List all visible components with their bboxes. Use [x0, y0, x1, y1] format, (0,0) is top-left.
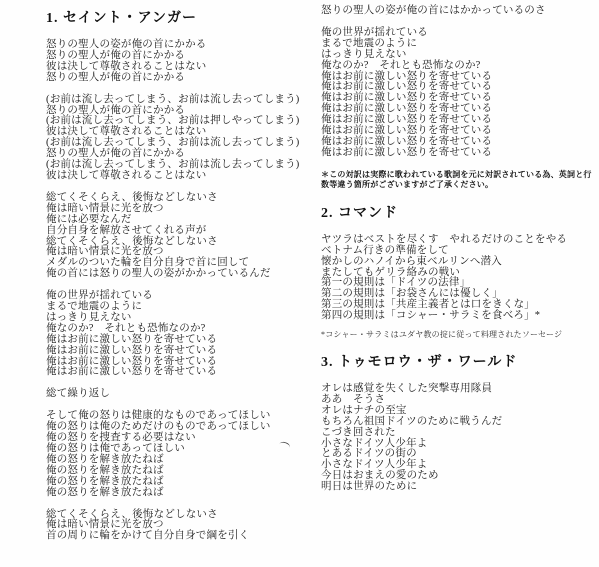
- lyric-stanza: 俺の世界が揺れているまるで地震のようにはっきり見えない俺なのか? それとも恐怖な…: [46, 291, 308, 378]
- lyric-line: 怒りの聖人が俺の首にかかる: [46, 73, 308, 84]
- lyric-line: 総て繰り返し: [46, 389, 308, 400]
- lyric-line: 俺の怒りを解き放たねば: [46, 477, 308, 488]
- lyric-line: 第四の規則は「コシャー・サラミを食べろ」*: [321, 311, 593, 322]
- lyric-line: 俺には必要なんだ: [46, 215, 308, 226]
- kosher-salami-footnote: *コシャー・サラミはユダヤ教の掟に従って料理されたソーセージ: [321, 330, 593, 340]
- lyric-line: 怒りの聖人の姿が俺の首にはかかっているのさ: [321, 6, 593, 17]
- lyrics-column-right: 怒りの聖人の姿が俺の首にはかかっているのさ俺の世界が揺れているまるで地震のように…: [321, 6, 593, 504]
- lyrics-page: 1. セイント・アンガー怒りの聖人の姿が俺の首にかかる怒りの聖人が俺の首にかかる…: [0, 0, 599, 567]
- lyric-line: 俺はお前に激しい怒りを寄せている: [321, 148, 593, 159]
- lyric-line: 俺の首には怒りの聖人の姿がかかっているんだ: [46, 269, 308, 280]
- lyric-stanza: 総て繰り返し: [46, 389, 308, 400]
- lyric-line: はっきり見えない: [321, 50, 593, 61]
- lyric-line: ベトナム行きの準備をして: [321, 246, 593, 257]
- lyric-stanza: 怒りの聖人の姿が俺の首にかかる怒りの聖人が俺の首にかかる彼は決して尊敬されること…: [46, 40, 308, 84]
- lyric-stanza: そして俺の怒りは健康的なものであってほしい俺の怒りは俺のためだけのものであってほ…: [46, 411, 308, 498]
- song-title: 1. セイント・アンガー: [46, 10, 308, 27]
- lyric-line: 俺の怒りを解き放たねば: [46, 488, 308, 499]
- lyric-stanza: 怒りの聖人の姿が俺の首にはかかっているのさ: [321, 6, 593, 17]
- lyric-stanza: 総てくそくらえ、後悔などしないさ俺は暗い情景に光を放つ首の周りに輪をかけて自分自…: [46, 510, 308, 543]
- lyric-line: 彼は決して尊敬されることはない: [46, 171, 308, 182]
- lyric-stanza: 俺の世界が揺れているまるで地震のようにはっきり見えない俺なのか? それとも恐怖な…: [321, 28, 593, 159]
- translation-note: ＊この対訳は実際に歌われている歌詞を元に対訳されている為、英詞と行数等違う箇所が…: [321, 170, 593, 191]
- lyric-line: 自分自身を解放させてくれる声が: [46, 226, 308, 237]
- lyric-stanza: ヤツラはベストを尽くす やれるだけのことをやるベトナム行きの準備をして懐かしのハ…: [321, 235, 593, 322]
- lyric-stanza: オレは感覚を失くした突撃専用隊員ああ そうさオレはナチの至宝もちろん祖国ドイツの…: [321, 384, 593, 493]
- lyric-line: 俺はお前に激しい怒りを寄せている: [46, 367, 308, 378]
- lyric-line: こづき回された: [321, 428, 593, 439]
- lyric-stanza: 総てくそくらえ、後悔などしないさ俺は暗い情景に光を放つ俺には必要なんだ自分自身を…: [46, 193, 308, 280]
- lyric-line: 明日は世界のために: [321, 482, 593, 493]
- lyric-line: 俺なのか? それとも恐怖なのか?: [321, 61, 593, 72]
- lyric-line: 首の周りに輪をかけて自分自身で綱を引く: [46, 531, 308, 542]
- lyric-line: (お前は流し去ってしまう、お前は流し去ってしまう): [46, 95, 308, 106]
- lyrics-column-left: 1. セイント・アンガー怒りの聖人の姿が俺の首にかかる怒りの聖人が俺の首にかかる…: [46, 10, 308, 553]
- song-title: 3. トゥモロウ・ザ・ワールド: [321, 354, 593, 371]
- song-title: 2. コマンド: [321, 205, 593, 222]
- lyric-stanza: (お前は流し去ってしまう、お前は流し去ってしまう)怒りの聖人が俺の首にかかる(お…: [46, 95, 308, 182]
- lyric-line: 俺はお前に激しい怒りを寄せている: [46, 346, 308, 357]
- lyric-line: 懐かしのハノイから東ベルリンへ潜入: [321, 257, 593, 268]
